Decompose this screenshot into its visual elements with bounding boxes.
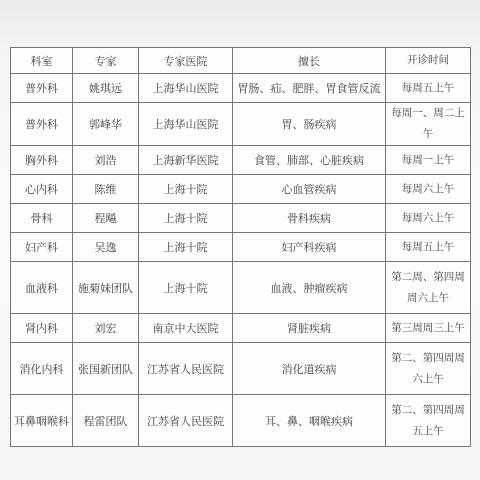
table-cell-hospital: 江苏省人民医院 bbox=[139, 395, 233, 447]
table-cell-specialty: 耳、鼻、咽喉疾病 bbox=[233, 395, 386, 447]
table-cell-schedule: 每周六上午 bbox=[386, 204, 471, 233]
table-cell-expert: 郭峰华 bbox=[73, 103, 139, 146]
specialist-schedule-table: 科室 专家 专家医院 擅长 开诊时间 普外科 姚琪远 上海华山医院 胃肠、疝、肥… bbox=[10, 47, 471, 447]
table-cell-hospital: 南京中大医院 bbox=[139, 314, 233, 343]
table-cell-department: 心内科 bbox=[11, 175, 73, 204]
table-cell-expert: 吴逸 bbox=[73, 233, 139, 262]
table-cell-department: 肾内科 bbox=[11, 314, 73, 343]
table-cell-specialty: 肾脏疾病 bbox=[233, 314, 386, 343]
table-cell-schedule: 每周六上午 bbox=[386, 175, 471, 204]
table-cell-hospital: 上海华山医院 bbox=[139, 103, 233, 146]
table-cell-department: 胸外科 bbox=[11, 146, 73, 175]
table-cell-department: 妇产科 bbox=[11, 233, 73, 262]
table-row: 消化内科 张国新团队 江苏省人民医院 消化道疾病 第二、第四周周六上午 bbox=[11, 343, 471, 395]
table-cell-hospital: 上海十院 bbox=[139, 175, 233, 204]
table-cell-expert: 刘宏 bbox=[73, 314, 139, 343]
table-cell-department: 耳鼻咽喉科 bbox=[11, 395, 73, 447]
table-row: 妇产科 吴逸 上海十院 妇产科疾病 每周五上午 bbox=[11, 233, 471, 262]
table-cell-expert: 姚琪远 bbox=[73, 74, 139, 103]
table-row: 血液科 施菊妹团队 上海十院 血液、肿瘤疾病 第二周、第四周周六上午 bbox=[11, 262, 471, 314]
table-cell-hospital: 江苏省人民医院 bbox=[139, 343, 233, 395]
table-cell-expert: 陈维 bbox=[73, 175, 139, 204]
table-cell-schedule: 第二周、第四周周六上午 bbox=[386, 262, 471, 314]
column-header-schedule: 开诊时间 bbox=[386, 48, 471, 74]
table-cell-expert: 张国新团队 bbox=[73, 343, 139, 395]
column-header-expert: 专家 bbox=[73, 48, 139, 74]
table-cell-hospital: 上海十院 bbox=[139, 233, 233, 262]
table-cell-specialty: 妇产科疾病 bbox=[233, 233, 386, 262]
table-cell-hospital: 上海华山医院 bbox=[139, 74, 233, 103]
table-cell-schedule: 每周五上午 bbox=[386, 74, 471, 103]
table-cell-department: 普外科 bbox=[11, 74, 73, 103]
table-cell-hospital: 上海十院 bbox=[139, 262, 233, 314]
table-cell-department: 血液科 bbox=[11, 262, 73, 314]
table-cell-specialty: 胃肠、疝、肥胖、胃食管反流 bbox=[233, 74, 386, 103]
table-cell-expert: 刘浩 bbox=[73, 146, 139, 175]
table-cell-hospital: 上海十院 bbox=[139, 204, 233, 233]
table-row: 骨科 程飚 上海十院 骨科疾病 每周六上午 bbox=[11, 204, 471, 233]
table-cell-schedule: 每周五上午 bbox=[386, 233, 471, 262]
table-row: 普外科 姚琪远 上海华山医院 胃肠、疝、肥胖、胃食管反流 每周五上午 bbox=[11, 74, 471, 103]
table-cell-specialty: 胃、肠疾病 bbox=[233, 103, 386, 146]
table-cell-expert: 程雷团队 bbox=[73, 395, 139, 447]
table-cell-specialty: 血液、肿瘤疾病 bbox=[233, 262, 386, 314]
column-header-specialty: 擅长 bbox=[233, 48, 386, 74]
table-cell-specialty: 骨科疾病 bbox=[233, 204, 386, 233]
table-cell-hospital: 上海新华医院 bbox=[139, 146, 233, 175]
table-row: 肾内科 刘宏 南京中大医院 肾脏疾病 第三周周三上午 bbox=[11, 314, 471, 343]
table-cell-schedule: 每周一、周二上午 bbox=[386, 103, 471, 146]
column-header-department: 科室 bbox=[11, 48, 73, 74]
table-cell-department: 骨科 bbox=[11, 204, 73, 233]
table-header-row: 科室 专家 专家医院 擅长 开诊时间 bbox=[11, 48, 471, 74]
table-cell-schedule: 第二、第四周周五上午 bbox=[386, 395, 471, 447]
table-cell-specialty: 食管、肺部、心脏疾病 bbox=[233, 146, 386, 175]
column-header-hospital: 专家医院 bbox=[139, 48, 233, 74]
table-row: 普外科 郭峰华 上海华山医院 胃、肠疾病 每周一、周二上午 bbox=[11, 103, 471, 146]
table-cell-specialty: 消化道疾病 bbox=[233, 343, 386, 395]
table-cell-schedule: 第二、第四周周六上午 bbox=[386, 343, 471, 395]
table-cell-expert: 程飚 bbox=[73, 204, 139, 233]
table-cell-schedule: 每周一上午 bbox=[386, 146, 471, 175]
table-row: 耳鼻咽喉科 程雷团队 江苏省人民医院 耳、鼻、咽喉疾病 第二、第四周周五上午 bbox=[11, 395, 471, 447]
table-cell-schedule: 第三周周三上午 bbox=[386, 314, 471, 343]
page-background: 科室 专家 专家医院 擅长 开诊时间 普外科 姚琪远 上海华山医院 胃肠、疝、肥… bbox=[0, 0, 480, 480]
table-cell-specialty: 心血管疾病 bbox=[233, 175, 386, 204]
table-cell-department: 普外科 bbox=[11, 103, 73, 146]
table-row: 心内科 陈维 上海十院 心血管疾病 每周六上午 bbox=[11, 175, 471, 204]
table-row: 胸外科 刘浩 上海新华医院 食管、肺部、心脏疾病 每周一上午 bbox=[11, 146, 471, 175]
table-cell-department: 消化内科 bbox=[11, 343, 73, 395]
table-cell-expert: 施菊妹团队 bbox=[73, 262, 139, 314]
